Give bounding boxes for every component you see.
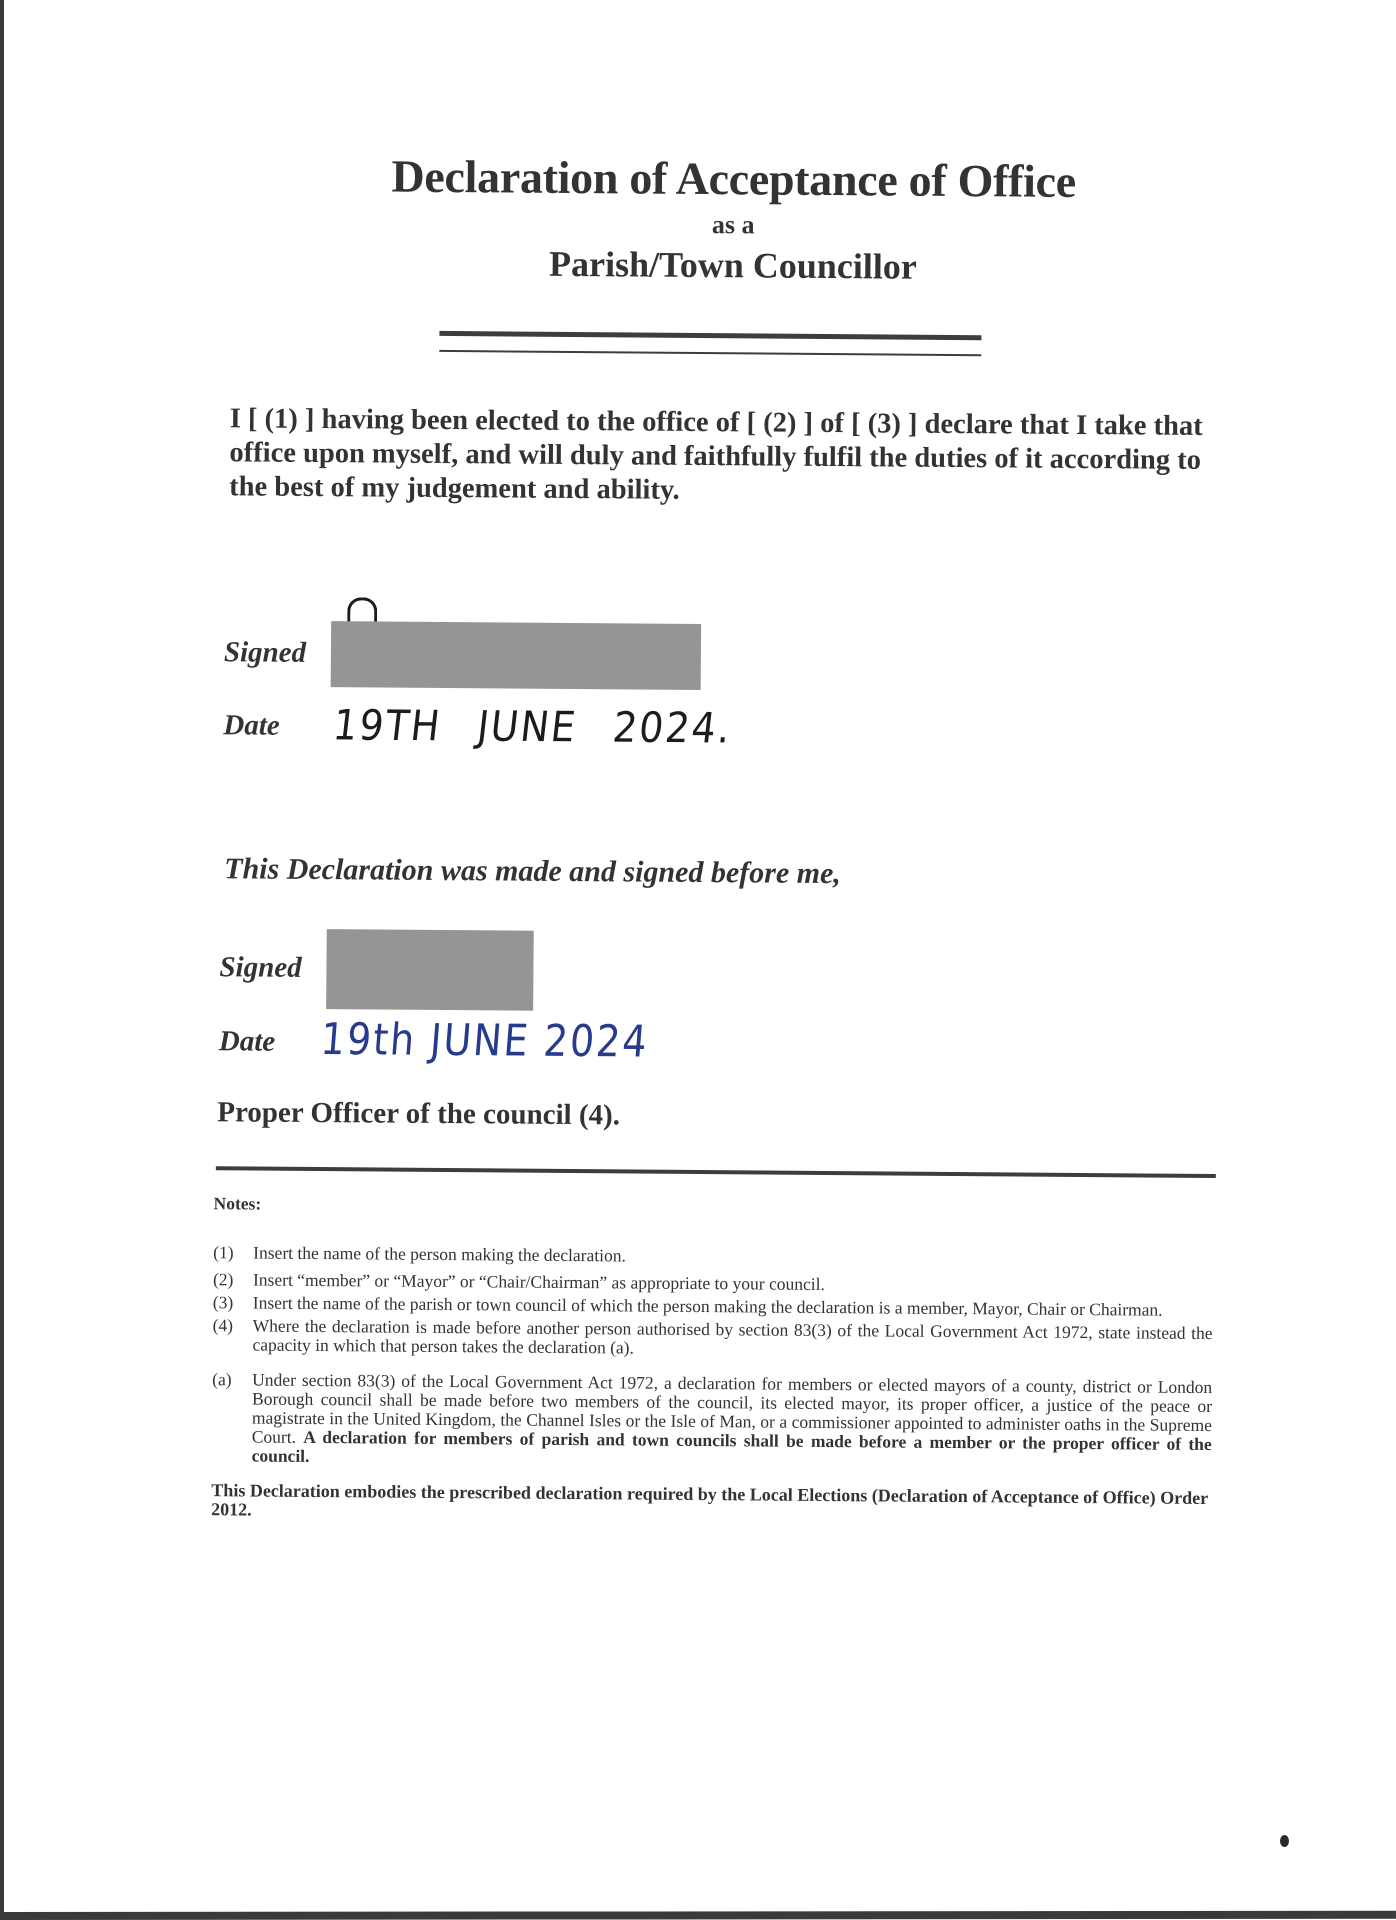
councillor-signed-label: Signed	[224, 636, 306, 670]
note-item: (1) Insert the name of the person making…	[213, 1243, 1213, 1270]
councillor-date-label: Date	[223, 709, 280, 742]
note-text: Insert the name of the person making the…	[253, 1244, 1213, 1271]
document-subtitle: Parish/Town Councillor	[5, 239, 1396, 292]
note-item: (4) Where the declaration is made before…	[212, 1316, 1212, 1362]
witness-date-label: Date	[219, 1025, 276, 1058]
document-page: Declaration of Acceptance of Office as a…	[0, 0, 1396, 1920]
witness-signature-redaction	[326, 929, 534, 1011]
title-rule-thick	[439, 331, 981, 340]
title-rule-thin	[439, 350, 981, 356]
document-title: Declaration of Acceptance of Office	[5, 147, 1396, 211]
note-a-bold-text: A declaration for members of parish and …	[252, 1427, 1212, 1466]
note-item-a: (a) Under section 83(3) of the Local Gov…	[212, 1370, 1213, 1473]
witness-date-handwritten: 19th JUNE 2024	[319, 1014, 651, 1067]
note-number: (4)	[212, 1316, 252, 1354]
scan-border-bottom	[0, 1911, 1396, 1920]
scan-speck	[1280, 1835, 1289, 1847]
note-number: (1)	[213, 1243, 253, 1262]
note-number: (3)	[213, 1293, 253, 1312]
notes-divider	[216, 1166, 1216, 1178]
councillor-signature-redaction	[331, 621, 702, 690]
declaration-text: I [ (1) ] having been elected to the off…	[229, 402, 1240, 512]
witness-capacity: Proper Officer of the council (4).	[217, 1096, 620, 1132]
witness-signed-label: Signed	[219, 951, 301, 985]
councillor-date-handwritten: 19TH JUNE 2024.	[331, 701, 735, 752]
note-number: (a)	[212, 1370, 253, 1465]
witness-heading: This Declaration was made and signed bef…	[224, 852, 841, 891]
notes-section: Notes: (1) Insert the name of the person…	[211, 1194, 1214, 1527]
note-text: Where the declaration is made before ano…	[252, 1316, 1212, 1362]
order-footer: This Declaration embodies the prescribed…	[211, 1481, 1211, 1527]
notes-title: Notes:	[214, 1194, 1214, 1221]
note-text: Under section 83(3) of the Local Governm…	[252, 1370, 1213, 1473]
note-number: (2)	[213, 1270, 253, 1289]
